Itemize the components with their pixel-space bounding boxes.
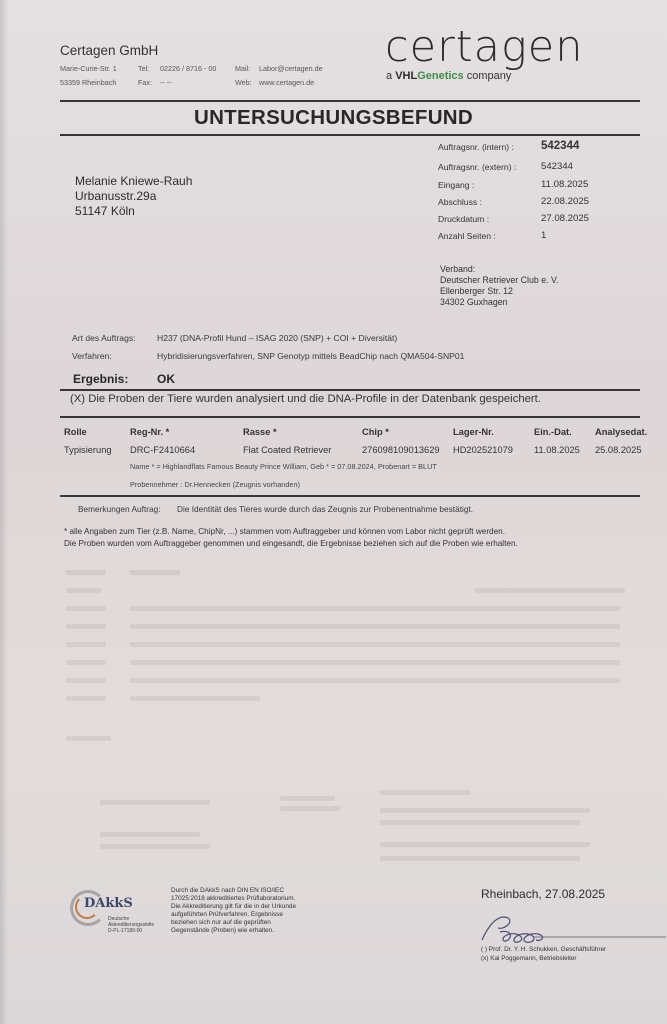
cell-reg-nr: DRC-F2410664 [130,445,195,455]
table-header-rasse: Rasse * [243,427,277,437]
cell-chip: 276098109013629 [362,445,440,455]
recipient-city: 51147 Köln [75,204,135,218]
remarks-label: Bemerkungen Auftrag: [78,504,161,514]
table-header-chip: Chip * [362,427,389,437]
order-info-label: Abschluss : [438,197,482,207]
accreditation-line: aufgeführten Prüfverfahren. Ergebnisse [171,911,283,918]
fax-label: Fax: [138,78,152,87]
logo-subtitle: a VHLGenetics company [386,70,511,82]
accreditation-line: Gegenstände (Proben) wie erhalten. [171,927,274,934]
accreditation-line: Durch die DAkkS nach DIN EN ISO/IEC [171,887,284,894]
company-street: Marie-Curie-Str. 1 [60,64,117,73]
table-rule-top [60,416,640,418]
note-line: * alle Angaben zum Tier (z.B. Name, Chip… [64,527,505,536]
table-header-ein-dat: Ein.-Dat. [534,427,572,437]
logo-sub-genetics: Genetics [417,70,463,82]
signer-line: ( ) Prof. Dr. Y. H. Schukken, Geschäftsf… [481,946,606,953]
fax-value: -- -- [160,78,172,87]
verband-city: 34302 Guxhagen [440,297,508,307]
table-header-lager-nr: Lager-Nr. [453,427,494,437]
order-info-label: Anzahl Seiten : [438,231,496,241]
web-value: www.certagen.de [259,78,314,87]
analyzed-statement: (X) Die Proben der Tiere wurden analysie… [70,393,541,405]
order-info-label: Druckdatum : [438,214,489,224]
signer-line: (x) Kai Poggemann, Betriebsleiter [481,955,577,962]
method-label: Verfahren: [72,351,112,361]
place-date: Rheinbach, 27.08.2025 [481,887,605,901]
document-title: UNTERSUCHUNGSBEFUND [0,106,667,130]
web-label: Web: [235,78,252,87]
order-type-label: Art des Auftrags: [72,333,136,343]
recipient-name: Melanie Kniewe-Rauh [75,174,192,188]
result-rule [60,389,640,391]
sampler: Probennehmer : Dr.Hennecken (Zeugnis vor… [130,480,300,489]
cell-ein-dat: 11.08.2025 [534,445,580,455]
logo-sub-vhl: VHL [395,70,417,82]
accreditation-line: Die Akkreditierung gilt für die in der U… [171,903,296,910]
table-rule-bottom [60,495,640,497]
recipient-street: Urbanusstr.29a [75,189,156,203]
dakks-wordmark: DAkkS [84,896,133,911]
title-rule-bottom [60,134,640,136]
order-info-value: 22.08.2025 [541,196,589,207]
order-info-value: 542344 [541,161,573,172]
table-header-analysedat: Analysedat. [595,427,647,437]
report-page: Certagen GmbH Marie-Curie-Str. 1 53359 R… [0,0,667,1024]
order-info-label: Eingang : [438,180,474,190]
animal-detail: Name * = Highlandflats Famous Beauty Pri… [130,462,437,471]
verband-label: Verband: [440,264,475,274]
company-city: 53359 Rheinbach [60,78,116,87]
order-type-value: H237 (DNA-Profil Hund – ISAG 2020 (SNP) … [157,333,397,343]
accreditation-line: 17025:2018 akkreditiertes Prüflaboratori… [171,895,295,902]
accreditation-line: beziehen sich nur auf die geprüften [171,919,271,926]
page-edge-shadow [0,0,8,1024]
logo-sub-suffix: company [464,70,512,82]
cell-rasse: Flat Coated Retriever [243,445,331,455]
verband-street: Ellenberger Str. 12 [440,286,513,296]
tel-label: Tel: [138,64,149,73]
method-value: Hybridisierungsverfahren, SNP Genotyp mi… [157,351,464,361]
mail-label: Mail: [235,64,250,73]
order-info-value: 11.08.2025 [541,179,588,190]
order-info-label: Auftragsnr. (extern) : [438,162,516,172]
note-line: Die Proben wurden vom Auftraggeber genom… [64,539,518,548]
verband-name: Deutscher Retriever Club e. V. [440,275,559,285]
tel-value: 02226 / 8716 - 00 [160,64,216,73]
remarks-value: Die Identität des Tieres wurde durch das… [177,504,473,514]
order-info-label: Auftragsnr. (intern) : [438,142,514,152]
cell-lager-nr: HD202521079 [453,445,513,455]
table-header-rolle: Rolle [64,427,87,437]
dakks-line: D-PL-17180-00 [108,928,142,934]
cell-analysedat: 25.08.2025 [595,445,642,455]
mail-value: Labor@certagen.de [259,64,323,73]
order-info-value: 27.08.2025 [541,213,589,224]
title-rule-top [60,100,640,102]
table-header-reg-nr: Reg-Nr. * [130,427,169,437]
company-name: Certagen GmbH [60,43,158,58]
result-value: OK [157,372,175,386]
result-label: Ergebnis: [73,372,128,386]
logo-sub-prefix: a [386,70,395,82]
dakks-logo: DAkkS Deutsche Akkreditierungsstelle D-P… [70,888,170,938]
order-info-value: 1 [541,230,546,241]
signature-scribble [478,912,667,946]
order-info-value: 542344 [541,140,579,152]
cell-rolle: Typisierung [64,445,112,455]
bleed-through-shadow [60,560,620,870]
certagen-logo: certagen [385,22,584,72]
